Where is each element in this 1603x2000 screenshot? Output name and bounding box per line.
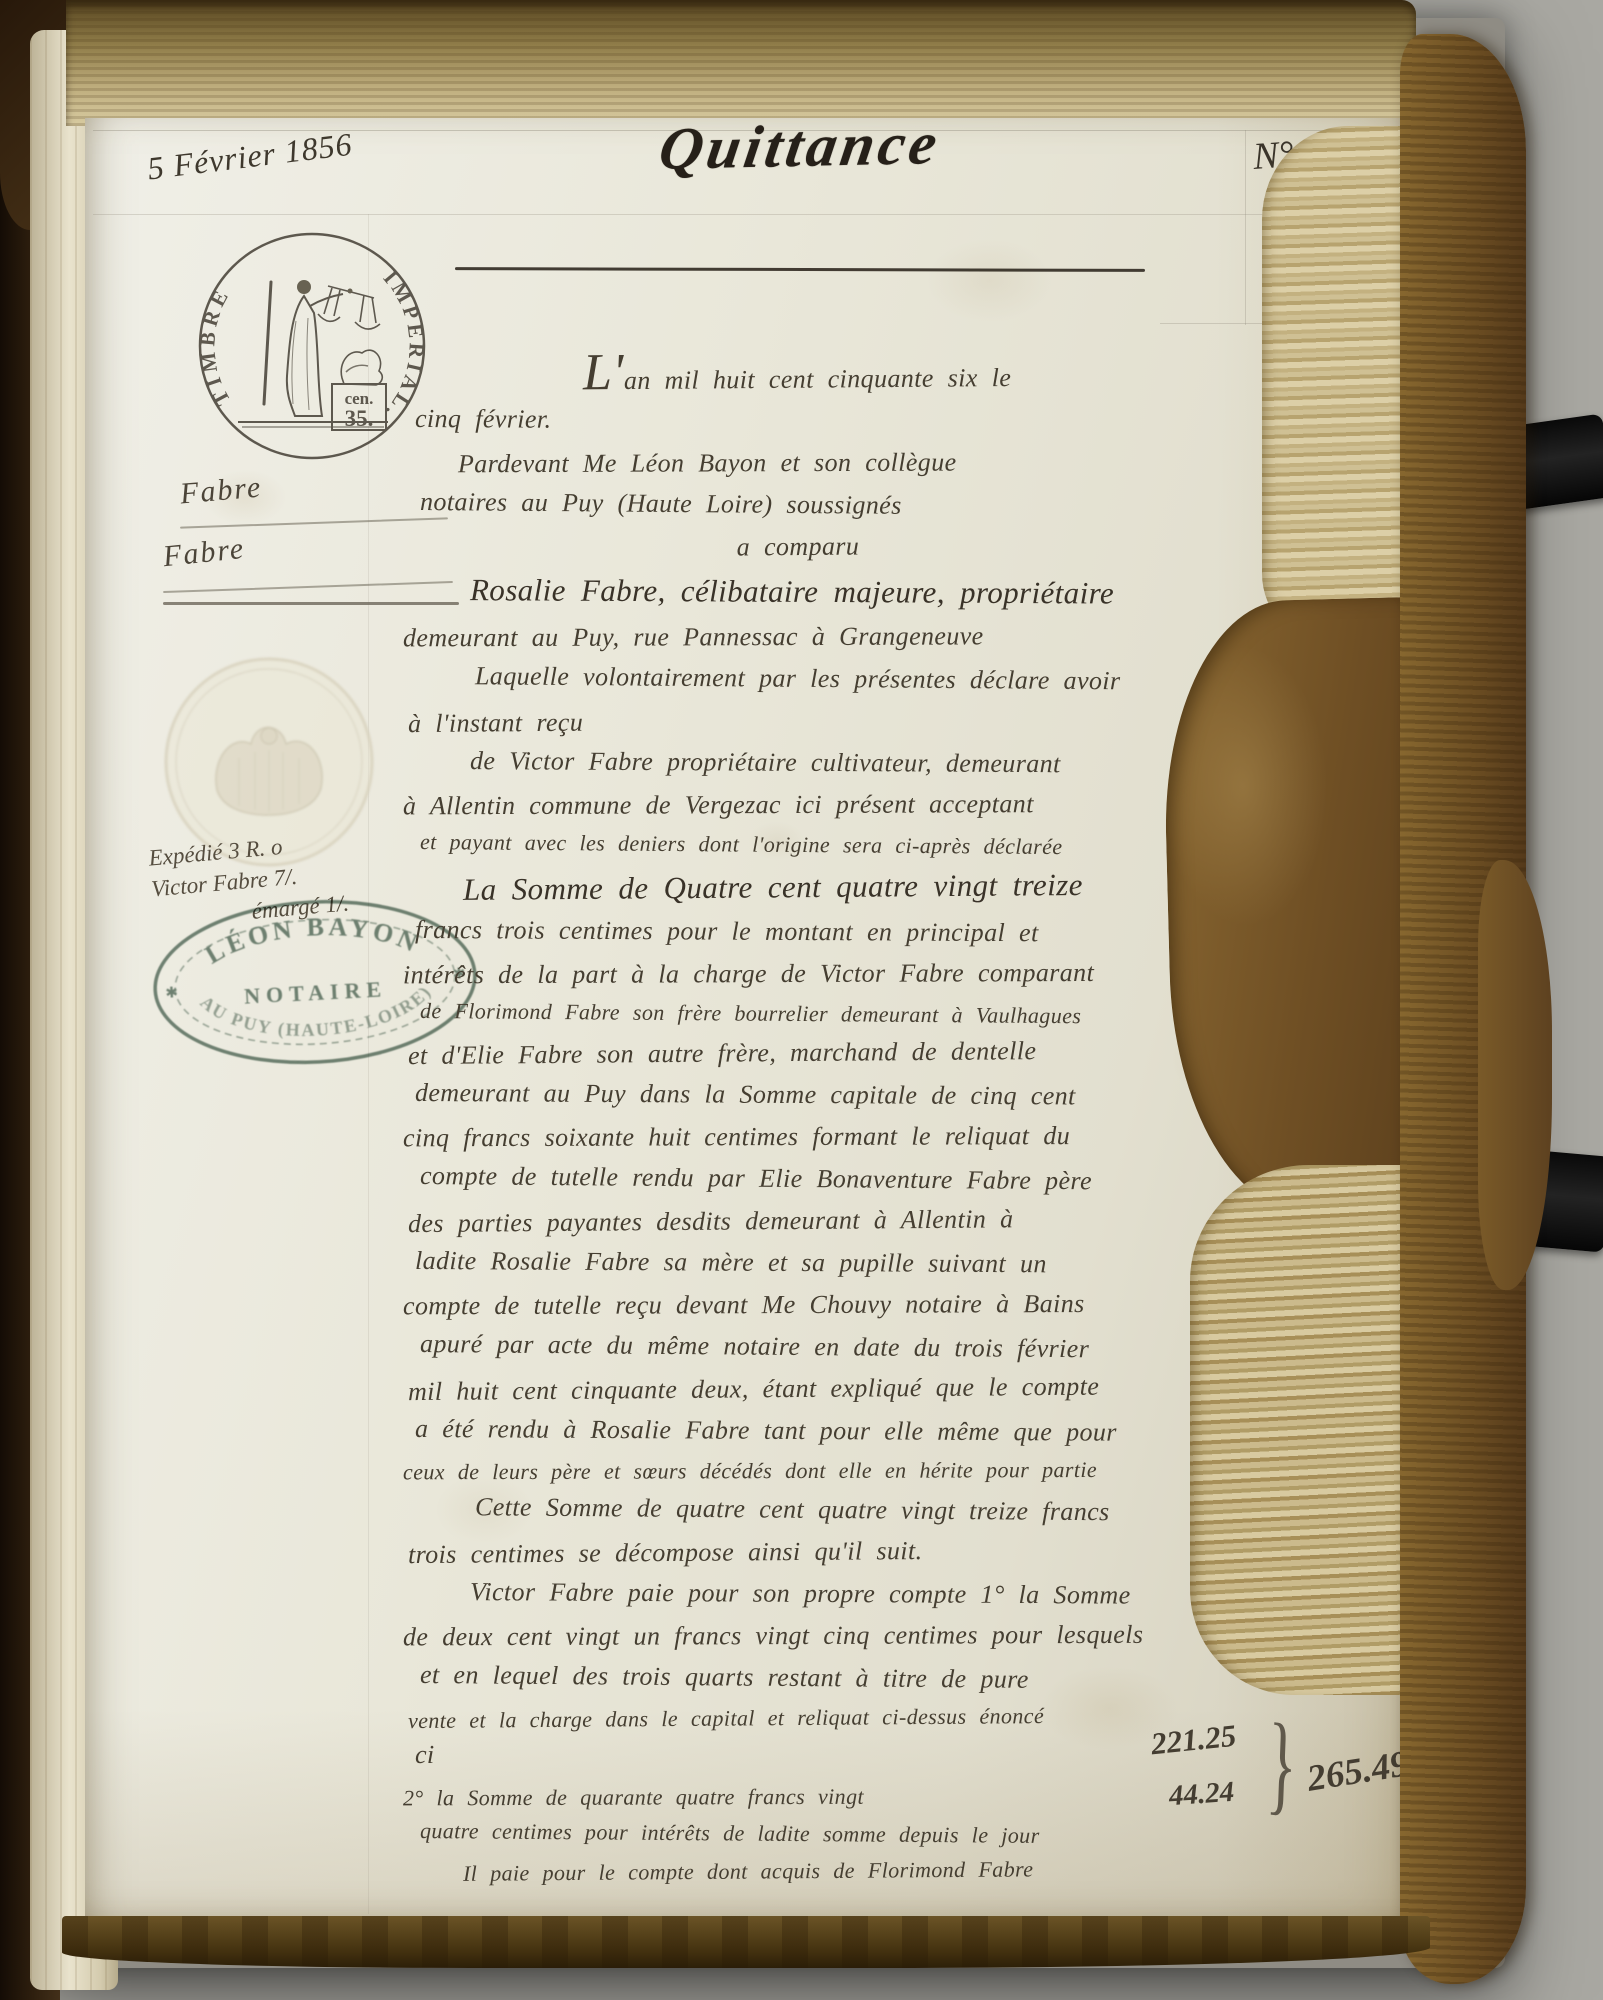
scales-of-justice [318,286,380,329]
manuscript-line: Pardevant Me Léon Bayon et son collègue [458,441,1183,486]
manuscript-line: intérêts de la part à la charge de Victo… [403,952,1183,997]
manuscript-line: mil huit cent cinquante deux, étant expl… [408,1365,1188,1413]
manuscript-line: des parties payantes desdits demeurant à… [408,1197,1188,1245]
page-title: Quittance [474,105,1127,187]
ruled-line [93,214,1405,215]
manuscript-line: francs trois centimes pour le montant en… [415,909,1195,955]
manuscript-line: Laquelle volontairement par les présente… [475,655,1200,703]
page-stack-edges-top [1262,126,1420,646]
stamp-ornament-left: ✱ [165,985,178,1002]
manuscript-line: de deux cent vingt un francs vingt cinq … [403,1614,1183,1659]
manuscript-line: Il paie pour le compte dont acquis de Fl… [463,1849,1188,1892]
manuscript-line: demeurant au Puy dans la Somme capitale … [415,1072,1195,1118]
stamp-pedestal: cen. 35. [332,384,386,431]
manuscript-line: et d'Elie Fabre son autre frère, marchan… [408,1029,1188,1077]
manuscript-line: Victor Fabre paie pour son propre compte… [470,1571,1195,1617]
manuscript-line: ci [415,1734,1195,1780]
manuscript-line: à l'instant reçu [408,697,1188,745]
manuscript-line: cinq francs soixante huit centimes forma… [403,1115,1183,1160]
manuscript-line: compte de tutelle rendu par Elie Bonaven… [420,1155,1200,1203]
manuscript-line: quatre centimes pour intérêts de ladite … [420,1812,1200,1855]
amount-principal: 221.25 [1149,1718,1238,1763]
manuscript-body: L'an mil huit cent cinquante six lecinq … [408,350,1188,1889]
manuscript-line: compte de tutelle reçu devant Me Chouvy … [403,1283,1183,1328]
notary-stamp-title: NOTAIRE [243,976,387,1008]
amount-interest: 44.24 [1168,1776,1235,1813]
manuscript-line: a comparu [408,523,1188,571]
ruled-line [1245,130,1246,325]
justice-head [297,280,311,294]
page-stack-edges-bottom [1190,1165,1428,1695]
manuscript-line: ceux de leurs père et sœurs décédés dont… [403,1451,1183,1491]
date-annotation: 5 Février 1856 [146,126,355,188]
manuscript-line: et payant avec les deniers dont l'origin… [420,823,1200,866]
imperial-eagle-engraving [341,350,382,385]
manuscript-line: notaires au Puy (Haute Loire) soussignés [420,481,1200,529]
justice-staff [264,282,271,404]
manuscript-line: de Victor Fabre propriétaire cultivateur… [470,740,1195,786]
manuscript-line: Cette Somme de quatre cent quatre vingt … [475,1486,1200,1534]
manuscript-line: cinq février. [415,398,1195,444]
manuscript-line: vente et la charge dans le capital et re… [408,1696,1188,1739]
margin-name: Fabre [179,470,264,511]
denomination-value: 35. [345,406,374,431]
book-bottom-page-edges [62,1916,1430,1968]
manuscript-line: apuré par acte du même notaire en date d… [420,1323,1200,1371]
manuscript-line: à Allentin commune de Vergezac ici prése… [403,783,1183,828]
manuscript-line: trois centimes se décompose ainsi qu'il … [408,1528,1188,1576]
imperial-revenue-stamp: cen. 35. TIMBRE IMPERIAL. [192,223,432,469]
book-top-page-edges [66,0,1416,126]
manuscript-line: et en lequel des trois quarts restant à … [420,1654,1200,1702]
manuscript-line: La Somme de Quatre cent quatre vingt tre… [463,860,1188,914]
brace-mark: } [1265,1698,1299,1830]
manuscript-line: Rosalie Fabre, célibataire majeure, prop… [470,566,1195,618]
manuscript-line: a été rendu à Rosalie Fabre tant pour el… [415,1408,1195,1454]
amount-total: 265.49 [1304,1742,1411,1800]
manuscript-line: ladite Rosalie Fabre sa mère et sa pupil… [415,1240,1195,1286]
manuscript-line: 2° la Somme de quarante quatre francs vi… [403,1777,1183,1817]
manuscript-line: L'an mil huit cent cinquante six le [583,348,1188,403]
manuscript-line: de Florimond Fabre son frère bourrelier … [420,992,1200,1035]
title-underline [455,267,1145,272]
photo-scene: 5 Février 1856 Quittance N° 58 [0,0,1603,2000]
manuscript-line: demeurant au Puy, rue Pannessac à Grange… [403,615,1183,660]
margin-name: Fabre [161,532,246,574]
